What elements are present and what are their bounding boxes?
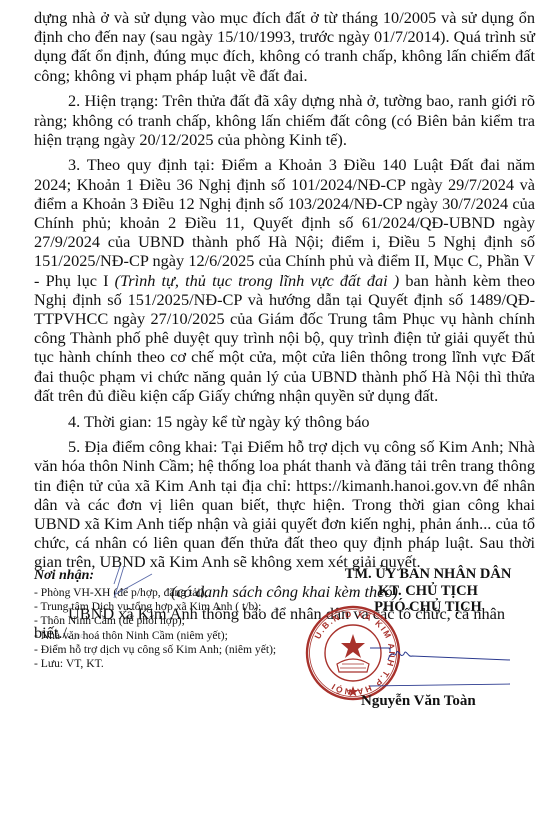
paragraph-land-use-history: dựng nhà ở và sử dụng vào mục đích đất ở… — [34, 8, 535, 85]
recipient-item: - Điểm hỗ trợ dịch vụ công số Kim Anh; (… — [34, 643, 294, 657]
legal-basis-text-1: 3. Theo quy định tại: Điểm a Khoản 3 Điề… — [34, 155, 535, 289]
recipient-item: - Thôn Ninh Cầm (để phối hợp); — [34, 614, 294, 628]
legal-basis-italic-ref: (Trình tự, thủ tục trong lĩnh vực đất đa… — [115, 271, 400, 290]
handwritten-signature-icon — [370, 640, 520, 690]
initial-scribble-icon — [112, 564, 172, 604]
paragraph-current-status: 2. Hiện trạng: Trên thửa đất đã xây dựng… — [34, 91, 535, 149]
recipient-item: - Nhà văn hoá thôn Ninh Cầm (niêm yết); — [34, 629, 294, 643]
recipients-label-text: Nơi nhận: — [34, 568, 94, 583]
signer-name: Nguyễn Văn Toàn — [361, 693, 476, 710]
paragraph-legal-basis: 3. Theo quy định tại: Điểm a Khoản 3 Điề… — [34, 155, 535, 405]
signature-title-2: KT. CHỦ TỊCH — [300, 583, 556, 600]
signature-title-1: TM. ỦY BAN NHÂN DÂN — [300, 566, 556, 583]
document-body: dựng nhà ở và sử dụng vào mục đích đất ở… — [34, 8, 535, 645]
recipients-label: Nơi nhận: — [34, 568, 294, 584]
paragraph-duration: 4. Thời gian: 15 ngày kể từ ngày ký thôn… — [34, 412, 535, 431]
recipients-block: Nơi nhận: - Phòng VH-XH (để p/hợp, đăng … — [34, 568, 294, 671]
paragraph-public-location: 5. Địa điểm công khai: Tại Điểm hỗ trợ d… — [34, 437, 535, 571]
legal-basis-text-2: ban hành kèm theo Nghị định số 151/2025/… — [34, 271, 535, 405]
recipient-item: - Lưu: VT, KT. — [34, 657, 294, 671]
